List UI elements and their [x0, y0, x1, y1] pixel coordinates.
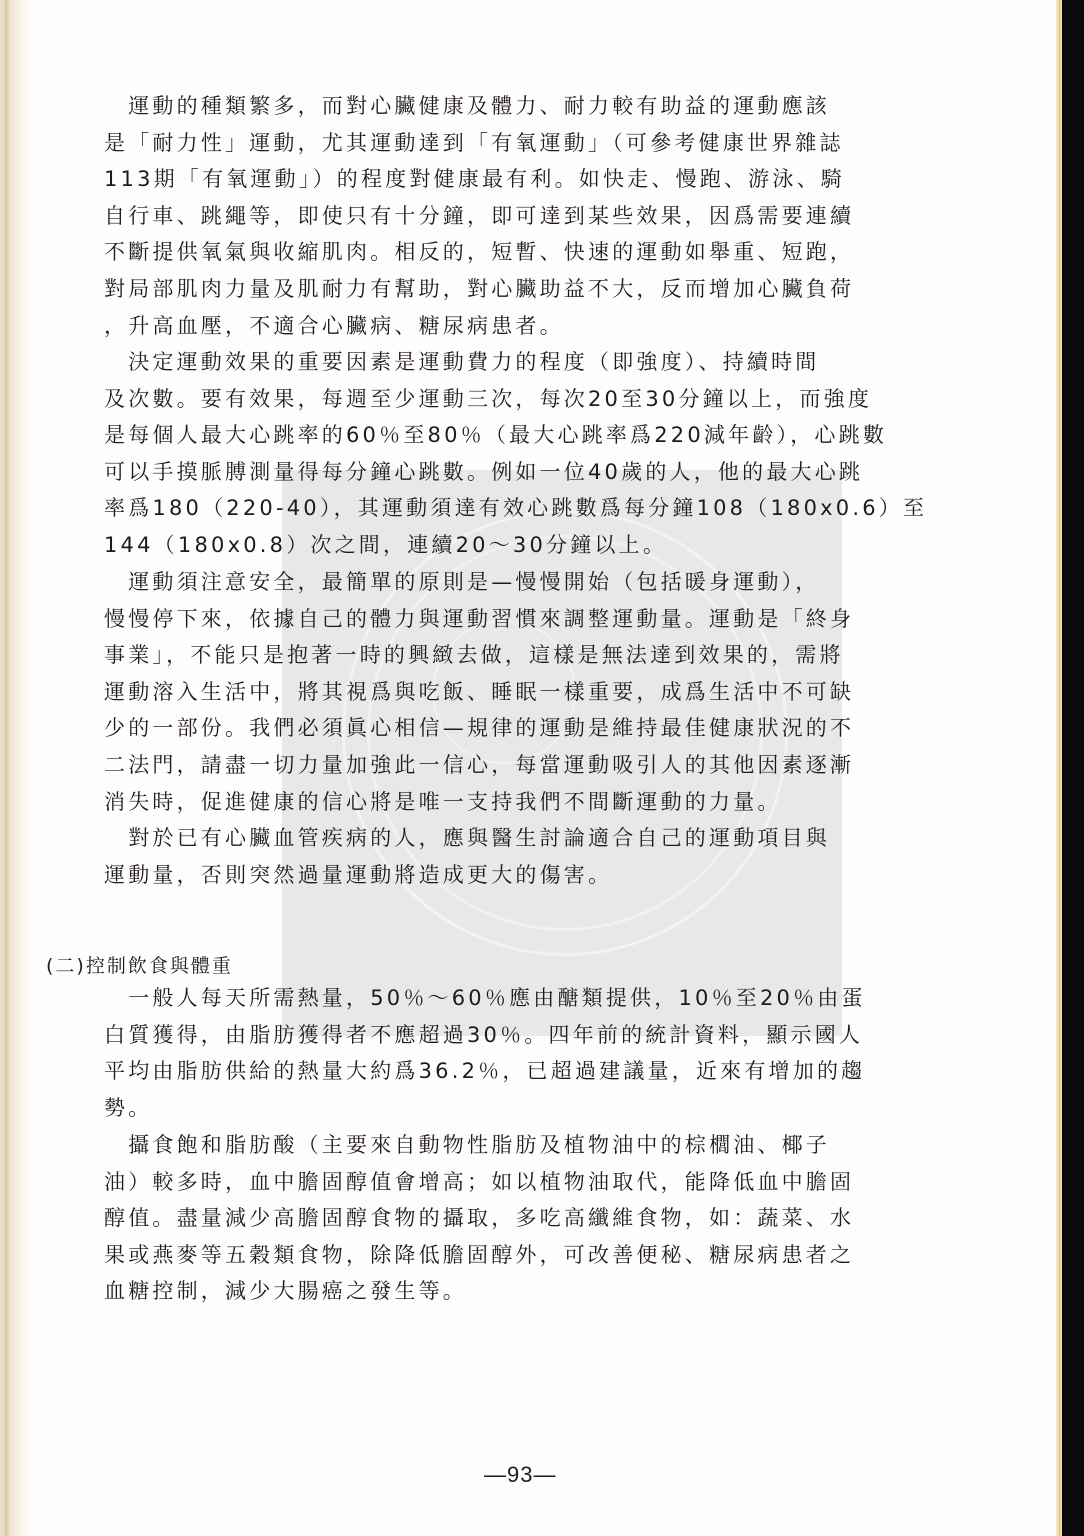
text-line: 勢。	[104, 1090, 924, 1127]
text-line: 平均由脂肪供給的熱量大約爲36.2％，已超過建議量，近來有增加的趨	[104, 1053, 924, 1090]
document-page: 運動的種類繁多，而對心臟健康及體力、耐力較有助益的運動應該 是「耐力性」運動，尤…	[0, 0, 1084, 1536]
text-line: 不斷提供氧氣與收縮肌肉。相反的，短暫、快速的運動如舉重、短跑，	[104, 234, 924, 271]
text-line: 113期「有氧運動」）的程度對健康最有利。如快走、慢跑、游泳、騎	[104, 161, 924, 198]
text-line: 果或燕麥等五穀類食物，除降低膽固醇外，可改善便秘、糖尿病患者之	[104, 1237, 924, 1274]
text-line: 率爲180（220-40），其運動須達有效心跳數爲每分鐘108（180x0.6）…	[104, 490, 924, 527]
text-line: 攝食飽和脂肪酸（主要來自動物性脂肪及植物油中的棕櫚油、椰子	[104, 1127, 924, 1164]
text-line: 決定運動效果的重要因素是運動費力的程度（即強度）、持續時間	[104, 344, 924, 381]
text-line: 對於已有心臟血管疾病的人，應與醫生討論適合自己的運動項目與	[104, 820, 924, 857]
paragraph-exercise-safety: 運動須注意安全，最簡單的原則是—慢慢開始（包括暖身運動）， 慢慢停下來，依據自己…	[104, 564, 924, 820]
text-line: 自行車、跳繩等，即使只有十分鐘，即可達到某些效果，因爲需要連續	[104, 198, 924, 235]
text-line: 白質獲得，由脂肪獲得者不應超過30％。四年前的統計資料，顯示國人	[104, 1017, 924, 1054]
text-line: 血糖控制，減少大腸癌之發生等。	[104, 1273, 924, 1310]
section-heading-diet-weight: (二)控制飲食與體重	[46, 951, 233, 978]
text-line: 是每個人最大心跳率的60％至80％（最大心跳率爲220減年齡），心跳數	[104, 417, 924, 454]
paragraph-daily-calories: 一般人每天所需熱量，50％～60％應由醣類提供，10％至20％由蛋 白質獲得，由…	[104, 980, 924, 1126]
paragraph-heart-disease-advice: 對於已有心臟血管疾病的人，應與醫生討論適合自己的運動項目與 運動量，否則突然過量…	[104, 820, 924, 893]
text-line: 144（180x0.8）次之間，連續20～30分鐘以上。	[104, 527, 924, 564]
text-line: 一般人每天所需熱量，50％～60％應由醣類提供，10％至20％由蛋	[104, 980, 924, 1017]
paragraph-saturated-fat: 攝食飽和脂肪酸（主要來自動物性脂肪及植物油中的棕櫚油、椰子 油）較多時，血中膽固…	[104, 1127, 924, 1310]
text-line: 運動量，否則突然過量運動將造成更大的傷害。	[104, 857, 924, 894]
text-line: 及次數。要有效果，每週至少運動三次，每次20至30分鐘以上，而強度	[104, 381, 924, 418]
text-line: 事業」，不能只是抱著一時的興緻去做，這樣是無法達到效果的，需將	[104, 637, 924, 674]
text-line: 醇值。盡量減少高膽固醇食物的攝取，多吃高纖維食物，如：蔬菜、水	[104, 1200, 924, 1237]
text-line: 二法門，請盡一切力量加強此一信心，每當運動吸引人的其他因素逐漸	[104, 747, 924, 784]
text-line: 運動溶入生活中，將其視爲與吃飯、睡眠一樣重要，成爲生活中不可缺	[104, 674, 924, 711]
paragraph-exercise-types: 運動的種類繁多，而對心臟健康及體力、耐力較有助益的運動應該 是「耐力性」運動，尤…	[104, 88, 924, 344]
paragraph-exercise-intensity: 決定運動效果的重要因素是運動費力的程度（即強度）、持續時間 及次數。要有效果，每…	[104, 344, 924, 564]
page-number: —93—	[484, 1462, 556, 1488]
text-line: ，升高血壓，不適合心臟病、糖尿病患者。	[104, 308, 924, 345]
text-line: 油）較多時，血中膽固醇值會增高；如以植物油取代，能降低血中膽固	[104, 1164, 924, 1201]
text-line: 可以手摸脈膊測量得每分鐘心跳數。例如一位40歲的人，他的最大心跳	[104, 454, 924, 491]
text-line: 消失時，促進健康的信心將是唯一支持我們不間斷運動的力量。	[104, 784, 924, 821]
text-line: 運動須注意安全，最簡單的原則是—慢慢開始（包括暖身運動），	[104, 564, 924, 601]
text-line: 慢慢停下來，依據自己的體力與運動習慣來調整運動量。運動是「終身	[104, 601, 924, 638]
text-line: 對局部肌肉力量及肌耐力有幫助，對心臟助益不大，反而增加心臟負荷	[104, 271, 924, 308]
text-line: 少的一部份。我們必須眞心相信—規律的運動是維持最佳健康狀況的不	[104, 710, 924, 747]
text-line: 運動的種類繁多，而對心臟健康及體力、耐力較有助益的運動應該	[104, 88, 924, 125]
text-line: 是「耐力性」運動，尤其運動達到「有氧運動」（可參考健康世界雜誌	[104, 125, 924, 162]
